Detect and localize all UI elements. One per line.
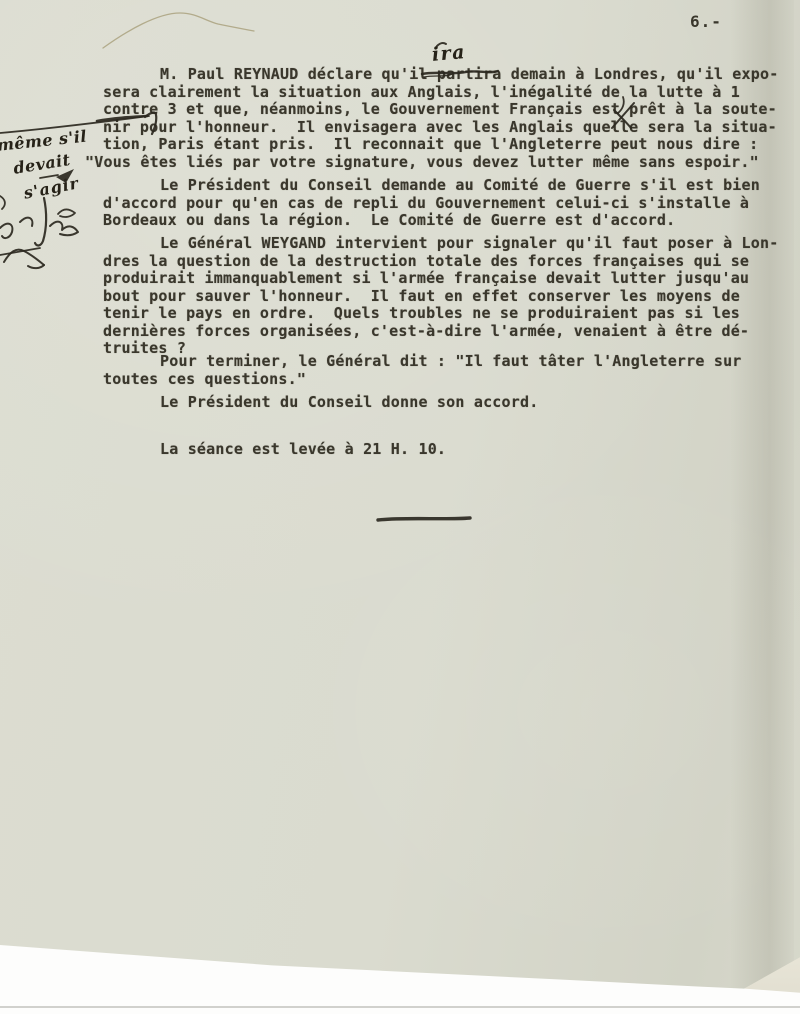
typed-line: contre 3 et que, néanmoins, le Gouvernem… (103, 101, 778, 119)
typed-line: dres la question de la destruction total… (103, 253, 778, 271)
session-closing: La séance est levée à 21 H. 10. (103, 441, 446, 459)
scanned-document: 6.- M. Paul REYNAUD déclare qu'il partir… (0, 0, 800, 1014)
typed-line: tion, Paris étant pris. Il reconnait que… (103, 136, 778, 154)
typed-line: produirait immanquablement si l'armée fr… (103, 270, 778, 288)
paragraph-general-quote: Pour terminer, le Général dit : "Il faut… (103, 353, 742, 388)
scanner-edge-line (0, 1006, 800, 1008)
typed-line: Le Président du Conseil demande au Comit… (103, 177, 760, 195)
handwritten-correction-ira: ira (431, 41, 467, 66)
margin-scribble-row5 (0, 248, 44, 268)
typed-line: sera clairement la situation aux Anglais… (103, 84, 778, 102)
typed-line: Le Général WEYGAND intervient pour signa… (103, 235, 778, 253)
paragraph-reynaud: M. Paul REYNAUD déclare qu'il partira de… (103, 66, 778, 171)
typed-line: bout pour sauver l'honneur. Il faut en e… (103, 288, 778, 306)
closing-rule (378, 518, 470, 520)
typed-line: "Vous êtes liés par votre signature, vou… (85, 154, 778, 172)
paragraph-accord: Le Président du Conseil donne son accord… (103, 394, 538, 412)
paragraph-president-repli: Le Président du Conseil demande au Comit… (103, 177, 760, 230)
margin-scribble-row4 (0, 196, 78, 245)
typed-line: Le Président du Conseil donne son accord… (103, 394, 538, 412)
typed-line: Pour terminer, le Général dit : "Il faut… (103, 353, 742, 371)
typed-line: nir pour l'honneur. Il envisagera avec l… (103, 119, 778, 137)
typed-line: La séance est levée à 21 H. 10. (103, 441, 446, 459)
document-page: 6.- M. Paul REYNAUD déclare qu'il partir… (0, 0, 800, 1014)
margin-note-word-1: même s'il (0, 127, 88, 155)
typed-line: d'accord pour qu'en cas de repli du Gouv… (103, 195, 760, 213)
paragraph-weygand: Le Général WEYGAND intervient pour signa… (103, 235, 778, 358)
typed-line: tenir le pays en ordre. Quels troubles n… (103, 305, 778, 323)
margin-note-word-2: devait (12, 150, 72, 178)
typed-line: dernières forces organisées, c'est-à-dir… (103, 323, 778, 341)
page-number: 6.- (690, 12, 722, 31)
typed-line: Bordeaux ou dans la région. Le Comité de… (103, 212, 760, 230)
margin-note-word-3: s'agir (22, 173, 81, 202)
typed-line: toutes ces questions." (103, 371, 742, 389)
typed-line: M. Paul REYNAUD déclare qu'il partira de… (103, 66, 778, 84)
pencil-curve (103, 13, 254, 48)
